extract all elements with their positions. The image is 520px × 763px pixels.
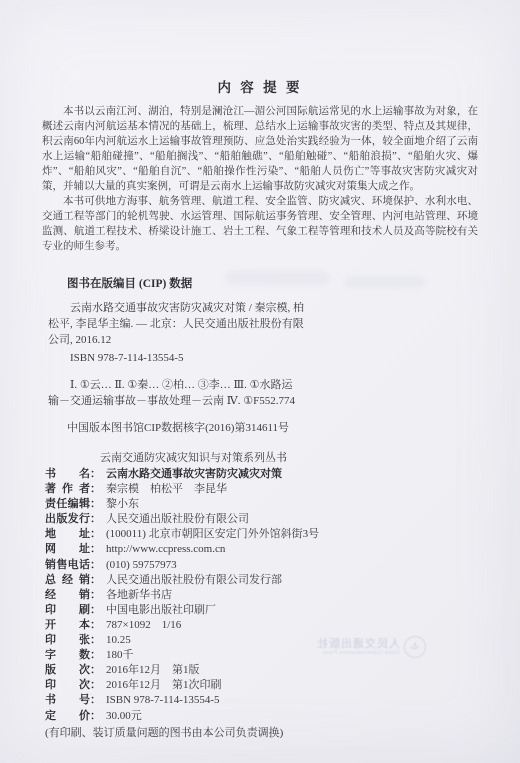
colophon-label: 经销 xyxy=(45,588,90,603)
cip-classification-line: Ⅰ. ①云… Ⅱ. ①秦… ②柏… ③李… Ⅲ. ①水路运 xyxy=(48,377,332,393)
showthrough-smudge xyxy=(225,271,330,285)
colophon-row: 字数：180千 xyxy=(45,648,520,663)
colophon-row: 版次：2016年12月 第1版 xyxy=(45,663,520,678)
colophon-label: 版次 xyxy=(45,663,90,678)
colophon-label: 印张 xyxy=(45,633,90,648)
colophon-row: 定价：30.00元 xyxy=(45,709,520,724)
colophon-label: 总经销 xyxy=(45,573,90,588)
colophon-label: 销售电话 xyxy=(45,558,90,573)
summary-paragraph: 本书以云南江河、湖泊，特别是澜沧江—湄公河国际航运常见的水上运输事故为对象，在概… xyxy=(42,104,478,194)
colophon-value: 2016年12月 第1版 xyxy=(106,664,200,676)
colophon-value: 180千 xyxy=(106,649,134,661)
colophon-colon: ： xyxy=(90,574,101,586)
showthrough-smudge xyxy=(345,276,425,288)
colophon-value: 人民交通出版社股份有限公司 xyxy=(106,513,249,525)
colophon-row: 责任编辑：黎小东 xyxy=(45,497,520,512)
summary-paragraph: 本书可供地方海事、航务管理、航道工程、安全监管、防灾减灾、环境保护、水利水电、交… xyxy=(42,194,478,254)
colophon-label: 书号 xyxy=(45,693,90,708)
colophon-colon: ： xyxy=(90,619,101,631)
colophon-label: 责任编辑 xyxy=(45,497,90,512)
colophon-label: 定价 xyxy=(45,709,90,724)
cip-isbn: ISBN 978-7-114-13554-5 xyxy=(48,350,520,366)
quality-note: (有印刷、装订质量问题的图书由本公司负责调换) xyxy=(45,726,520,741)
cip-line: 公司, 2016.12 xyxy=(48,332,332,348)
colophon-value: 各地新华书店 xyxy=(106,589,172,601)
cip-record-number: 中国版本图书馆CIP数据核字(2016)第314611号 xyxy=(67,420,520,436)
content-summary-heading: 内 容 提 要 xyxy=(0,0,520,96)
colophon-value: 中国电影出版社印刷厂 xyxy=(106,604,216,616)
press-logo-icon xyxy=(404,636,426,658)
colophon-value: 黎小东 xyxy=(106,498,139,510)
colophon-value: 秦宗模 柏松平 李昆华 xyxy=(106,483,227,495)
colophon-value: 云南水路交通事故灾害防灾减灾对策 xyxy=(106,468,282,480)
colophon-colon: ： xyxy=(90,543,101,555)
cip-classification-block: Ⅰ. ①云… Ⅱ. ①秦… ②柏… ③李… Ⅲ. ①水路运 输－交通运输事故－事… xyxy=(48,377,332,409)
colophon-colon: ： xyxy=(90,710,101,722)
colophon-row: 书号：ISBN 978-7-114-13554-5 xyxy=(45,693,520,708)
cip-classification-line: 输－交通运输事故－事故处理－云南 Ⅳ. ①F552.774 xyxy=(48,393,332,409)
colophon-row: 销售电话：(010) 59757973 xyxy=(45,558,520,573)
colophon-value: 787×1092 1/16 xyxy=(106,619,181,631)
colophon-label: 书名 xyxy=(45,467,90,482)
colophon-colon: ： xyxy=(90,694,101,706)
colophon-row: 开本：787×1092 1/16 xyxy=(45,618,520,633)
colophon-colon: ： xyxy=(90,559,101,571)
colophon-value: (010) 59757973 xyxy=(106,559,177,571)
colophon-row: 网址：http://www.ccpress.com.cn xyxy=(45,542,520,557)
colophon-value: (100011) 北京市朝阳区安定门外外馆斜街3号 xyxy=(106,528,319,540)
colophon-colon: ： xyxy=(90,483,101,495)
colophon-row: 经销：各地新华书店 xyxy=(45,588,520,603)
colophon-colon: ： xyxy=(90,498,101,510)
colophon-label: 印次 xyxy=(45,678,90,693)
colophon-value: 10.25 xyxy=(106,634,131,646)
colophon-row: 印刷：中国电影出版社印刷厂 xyxy=(45,603,520,618)
cip-line: 云南水路交通事故灾害防灾减灾对策 / 秦宗模, 柏 xyxy=(48,300,332,316)
colophon-colon: ： xyxy=(90,528,101,540)
book-copyright-page: 内 容 提 要 本书以云南江河、湖泊，特别是澜沧江—湄公河国际航运常见的水上运输… xyxy=(0,0,520,763)
colophon-row: 总经销：人民交通出版社股份有限公司发行部 xyxy=(45,573,520,588)
colophon-value: 2016年12月 第1次印刷 xyxy=(106,679,222,691)
colophon-colon: ： xyxy=(90,589,101,601)
colophon-colon: ： xyxy=(90,679,101,691)
colophon-row: 印张：10.25 xyxy=(45,633,520,648)
colophon-value: 人民交通出版社股份有限公司发行部 xyxy=(106,574,282,586)
colophon-label: 字数 xyxy=(45,648,90,663)
colophon-row: 印次：2016年12月 第1次印刷 xyxy=(45,678,520,693)
colophon-label: 开本 xyxy=(45,618,90,633)
colophon-value: 30.00元 xyxy=(106,710,142,722)
colophon-row: 出版发行：人民交通出版社股份有限公司 xyxy=(45,512,520,527)
colophon-colon: ： xyxy=(90,604,101,616)
series-title: 云南交通防灾减灾知识与对策系列丛书 xyxy=(100,451,520,466)
colophon-label: 出版发行 xyxy=(45,512,90,527)
colophon-value: http://www.ccpress.com.cn xyxy=(106,543,225,555)
press-logo-text: 人民交通出版社 China Communications Press xyxy=(316,638,400,657)
colophon-colon: ： xyxy=(90,634,101,646)
cip-line: 松平, 李昆华主编. — 北京：人民交通出版社股份有限 xyxy=(48,316,332,332)
colophon-row: 著作者：秦宗模 柏松平 李昆华 xyxy=(45,482,520,497)
colophon-row: 地址：(100011) 北京市朝阳区安定门外外馆斜街3号 xyxy=(45,527,520,542)
colophon-colon: ： xyxy=(90,513,101,525)
colophon-label: 印刷 xyxy=(45,603,90,618)
cip-record-block: 云南水路交通事故灾害防灾减灾对策 / 秦宗模, 柏 松平, 李昆华主编. — 北… xyxy=(48,300,332,348)
colophon-colon: ： xyxy=(90,649,101,661)
colophon-label: 网址 xyxy=(45,542,90,557)
colophon-row: 书名：云南水路交通事故灾害防灾减灾对策 xyxy=(45,467,520,482)
press-logo-watermark: 人民交通出版社 China Communications Press xyxy=(286,636,426,658)
colophon-table: 书名：云南水路交通事故灾害防灾减灾对策 著作者：秦宗模 柏松平 李昆华 责任编辑… xyxy=(45,467,520,724)
colophon-value: ISBN 978-7-114-13554-5 xyxy=(106,694,220,706)
colophon-label: 著作者 xyxy=(45,482,90,497)
press-name-en: China Communications Press xyxy=(316,650,400,656)
content-summary: 本书以云南江河、湖泊，特别是澜沧江—湄公河国际航运常见的水上运输事故为对象，在概… xyxy=(42,104,478,254)
press-name-cn: 人民交通出版社 xyxy=(316,638,400,651)
colophon-colon: ： xyxy=(90,664,101,676)
colophon-label: 地址 xyxy=(45,527,90,542)
colophon-colon: ： xyxy=(90,468,101,480)
